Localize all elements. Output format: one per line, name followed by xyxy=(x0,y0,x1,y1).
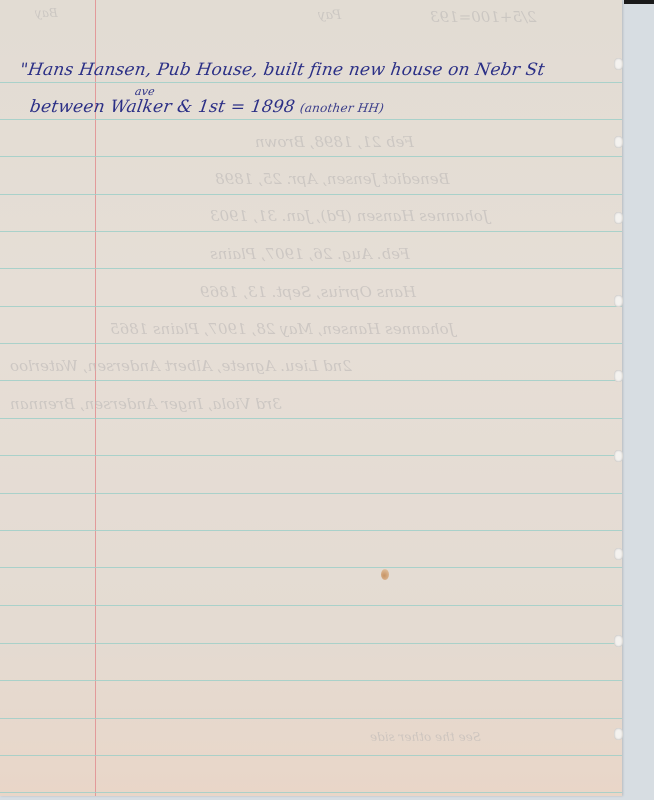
ruled-line xyxy=(0,455,622,456)
torn-binding-hole xyxy=(614,548,623,560)
handwritten-superscript: ave xyxy=(134,85,156,98)
handwritten-line-1: "Hans Hansen, Pub House, built fine new … xyxy=(19,60,546,80)
ruled-line xyxy=(0,268,622,269)
handwritten-line-2: between Walker & 1st = 1898 xyxy=(29,97,297,117)
ruled-line xyxy=(0,231,622,232)
bleed-through-text: Hans Oprius, Sept. 13, 1869 xyxy=(200,283,416,301)
torn-binding-hole xyxy=(614,136,623,148)
bleed-through-text: 2/5+100=193 xyxy=(430,8,537,26)
torn-binding-hole xyxy=(614,635,623,647)
scan-edge xyxy=(624,0,654,4)
ruled-line xyxy=(0,567,622,568)
ruled-line xyxy=(0,306,622,307)
ruled-line xyxy=(0,380,622,381)
bleed-through-text: Johannes Hansen (Pd), Jan. 31, 1903 xyxy=(210,207,489,225)
torn-binding-hole xyxy=(614,295,623,307)
ruled-line xyxy=(0,680,622,681)
ruled-line xyxy=(0,755,622,756)
ruled-line xyxy=(0,493,622,494)
bleed-through-text: See the other side xyxy=(370,730,481,744)
ruled-line xyxy=(0,605,622,606)
ruled-line xyxy=(0,82,622,83)
torn-binding-hole xyxy=(614,728,623,740)
ruled-line xyxy=(0,643,622,644)
ruled-line xyxy=(0,194,622,195)
bleed-through-text: Feb 21, 1898, Brown xyxy=(255,133,414,151)
torn-binding-hole xyxy=(614,212,623,224)
bleed-through-text: Pay xyxy=(318,8,341,23)
ruled-line xyxy=(0,792,622,793)
bleed-through-text: 2nd Lieu. Agnete, Albert Andersen, Water… xyxy=(10,357,352,375)
bleed-through-text: 3rd Viola, Inger Andersen, Brennan xyxy=(10,395,282,413)
bleed-through-text: Benedict Jensen, Apr. 25, 1898 xyxy=(215,170,450,188)
bleed-through-text: Bay xyxy=(35,6,58,20)
torn-binding-hole xyxy=(614,450,623,462)
torn-binding-hole xyxy=(614,370,623,382)
torn-binding-hole xyxy=(614,58,623,70)
paper-stain xyxy=(381,569,389,580)
ruled-line xyxy=(0,530,622,531)
handwritten-note: (another HH) xyxy=(299,101,385,115)
ruled-line xyxy=(0,343,622,344)
bleed-through-text: Feb. Aug. 26, 1907, Plains xyxy=(210,245,410,263)
ruled-line xyxy=(0,156,622,157)
ruled-line xyxy=(0,718,622,719)
ruled-line xyxy=(0,418,622,419)
notebook-page: 2/5+100=193 Bay Pay Feb 21, 1898, Brown … xyxy=(0,0,622,796)
bleed-through-text: Johannes Hansen, May 28, 1907, Plains 18… xyxy=(110,320,455,338)
ruled-line xyxy=(0,119,622,120)
